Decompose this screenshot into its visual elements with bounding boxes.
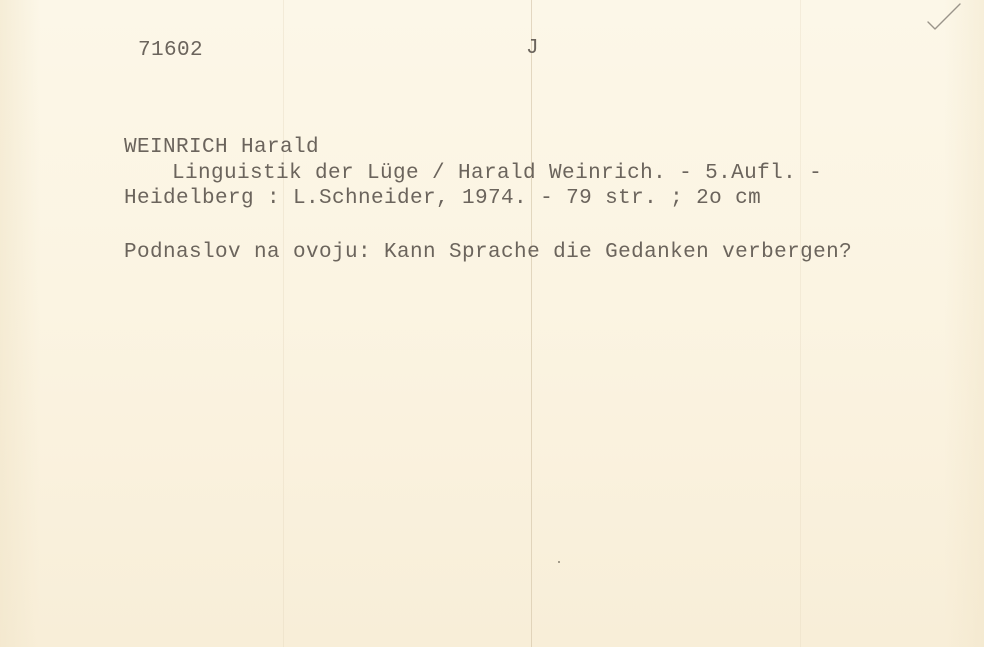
paper-speck bbox=[558, 561, 560, 563]
catalog-card: 71602 J WEINRICH Harald Linguistik der L… bbox=[0, 0, 984, 647]
card-crease bbox=[800, 0, 801, 647]
accession-number: 71602 bbox=[138, 40, 203, 61]
shelf-mark: J bbox=[526, 38, 539, 59]
subtitle-note: Podnaslov na ovoju: Kann Sprache die Ged… bbox=[124, 242, 852, 263]
title-statement: Linguistik der Lüge / Harald Weinrich. -… bbox=[172, 163, 822, 184]
card-crease bbox=[283, 0, 284, 647]
card-fold-line bbox=[531, 0, 532, 647]
author-heading: WEINRICH Harald bbox=[124, 137, 319, 158]
imprint-line: Heidelberg : L.Schneider, 1974. - 79 str… bbox=[124, 188, 761, 209]
checkmark-icon bbox=[926, 2, 962, 32]
